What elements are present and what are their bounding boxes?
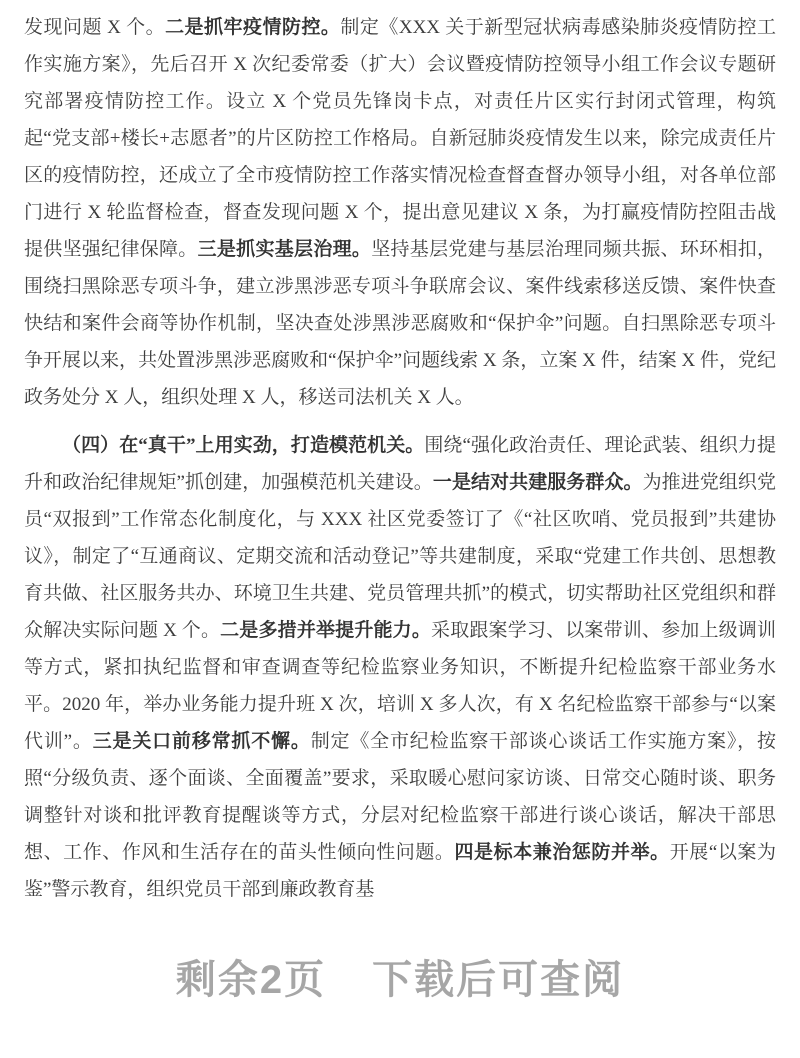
- bold-run: 二是抓牢疫情防控。: [165, 17, 340, 38]
- document-page: 发现问题 X 个。二是抓牢疫情防控。制定《XXX 关于新型冠状病毒感染肺炎疫情防…: [0, 0, 800, 1058]
- paragraph: 发现问题 X 个。二是抓牢疫情防控。制定《XXX 关于新型冠状病毒感染肺炎疫情防…: [24, 9, 776, 416]
- download-hint-label: 下载后可查阅: [372, 948, 624, 1005]
- page: { "document": { "paragraphs": [ { "inden…: [0, 0, 800, 1058]
- text-run: 为推进党组织党员“双报到”工作常态化制度化，与 XXX 社区党委签订了《“社区吹…: [24, 472, 776, 641]
- bold-run: 一是结对共建服务群众。: [433, 472, 643, 493]
- paragraphs-container: 发现问题 X 个。二是抓牢疫情防控。制定《XXX 关于新型冠状病毒感染肺炎疫情防…: [24, 9, 776, 908]
- paragraph: （四）在“真干”上用实劲，打造模范机关。围绕“强化政治责任、理论武装、组织力提升…: [24, 427, 776, 908]
- bold-run: 二是多措并举提升能力。: [220, 620, 431, 641]
- bold-run: （四）在“真干”上用实劲，打造模范机关。: [62, 435, 424, 456]
- document-body: 发现问题 X 个。二是抓牢疫情防控。制定《XXX 关于新型冠状病毒感染肺炎疫情防…: [0, 0, 800, 919]
- pagination-banner: 剩余2页 下载后可查阅: [0, 948, 800, 1005]
- bold-run: 三是抓实基层治理。: [198, 239, 372, 260]
- text-run: 制定《XXX 关于新型冠状病毒感染肺炎疫情防控工作实施方案》，先后召开 X 次纪…: [24, 17, 776, 260]
- text-run: 坚持基层党建与基层治理同频共振、环环相扣，围绕扫黑除恶专项斗争，建立涉黑涉恶专项…: [24, 239, 776, 408]
- pages-remaining-label: 剩余2页: [176, 948, 326, 1005]
- text-run: 发现问题 X 个。: [24, 17, 165, 38]
- bold-run: 四是标本兼治惩防并举。: [454, 842, 669, 863]
- bold-run: 三是关口前移常抓不懈。: [93, 731, 311, 752]
